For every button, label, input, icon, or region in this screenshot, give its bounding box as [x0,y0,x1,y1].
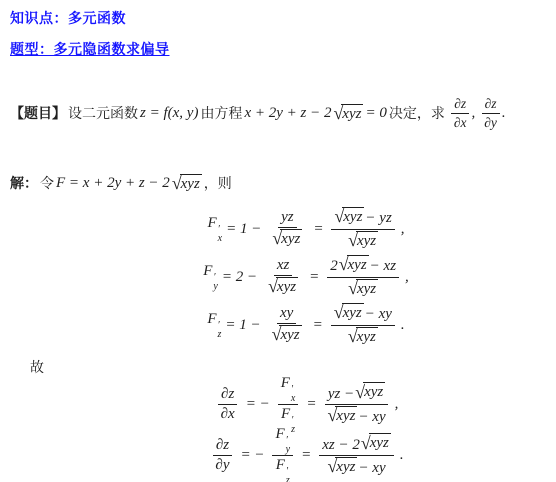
equals-two-minus: = 2 − [222,269,257,286]
fraction-Fy-over-Fz: F′y F′z [272,426,293,482]
equals-sign: = [309,269,319,286]
subscript-x: x [218,235,222,244]
equals-one-minus: = 1 − [226,221,261,238]
punctuation: . [400,447,404,464]
solution-then: ，则 [204,173,232,193]
equals-minus: = − [240,447,264,464]
numerator: √xyz− yz [331,207,394,230]
partial-z: ∂z [213,437,232,456]
sqrt-xyz: √xyz [339,255,369,274]
subscript-y: y [213,283,217,292]
F-base: F [203,263,212,279]
equals-zero: = 0 [365,105,386,122]
numerator: xz [274,257,293,276]
subscript-z: z [217,331,221,340]
Fx-prime-symbol: F′x [207,215,222,243]
fraction-xz-minus-2sqrt-over-sqrt-minus-xy: xz − 2√xyz √xyz− xy [319,433,394,477]
F-definition: F = x + 2y + z − 2 [56,175,170,192]
period: . [502,105,506,122]
partial-z: ∂z [451,96,469,114]
denominator: √xyz [345,326,381,348]
sqrt-xyz: √xyz [348,231,378,250]
denominator: √xyz [345,230,381,252]
sqrt-xyz: √xyz [333,104,363,123]
subscript-y: y [286,446,290,455]
equation-Fx-prime: F′x = 1 − yz √xyz = √xyz− yz √xyz , [10,205,550,253]
question-type-value: 多元隐函数求偏导 [54,41,170,57]
fraction-yz-minus-sqrt-over-sqrt-minus-xy: yz −√xyz √xyz− xy [324,382,388,426]
prime-subscript: ′z [217,322,221,339]
sqrt-xyz: √xyz [334,303,364,322]
equation-dz-dy: ∂z ∂y = − F′y F′z = xz − 2√xyz √xyz− xy … [10,430,550,481]
final-answers-block: ∂z ∂x = − F′x F′z = yz −√xyz √xyz− xy , … [10,379,550,481]
sqrt-xyz: √xyz [268,277,298,296]
sqrt-xyz: √xyz [348,279,378,298]
partial-y: ∂y [481,114,500,131]
equals-minus: = − [246,396,270,413]
therefore-label: 故 [30,357,550,377]
prime-subscript: ′x [291,386,295,403]
Fz-prime-symbol: F′z [207,311,221,339]
partial-x: ∂x [218,405,238,423]
F-base: F [207,215,216,231]
solution-line: 解： 令 F = x + 2y + z − 2 √xyz ，则 [10,169,550,197]
dz-dy-fraction: ∂z ∂y [481,96,500,130]
denominator: √xyz [269,228,305,250]
knowledge-point-value: 多元函数 [68,10,126,26]
fraction-sqrt-xyz-minus-xy: √xyz− xy √xyz [331,303,395,347]
punctuation: . [401,317,405,334]
punctuation: , [405,269,409,286]
sqrt-xyz: √xyz [172,174,202,193]
equation-Fz-prime: F′z = 1 − xy √xyz = √xyz− xy √xyz . [10,301,550,349]
sqrt-xyz: √xyz [334,207,364,226]
prime-subscript: ′z [286,468,290,482]
denominator: √xyz− xy [324,405,388,427]
subscript-z: z [286,477,290,482]
equation-Fy-prime: F′y = 2 − xz √xyz = 2√xyz− xz √xyz , [10,253,550,301]
comma: , [472,105,476,122]
F-base: F [207,311,216,327]
punctuation: , [395,396,399,413]
sqrt-xyz: √xyz [327,457,357,476]
math-solution-document: 知识点：多元函数 题型：多元隐函数求偏导 【题目】 设二元函数 z = f(x,… [0,0,556,482]
fraction-xz-over-sqrt-xyz: xz √xyz [265,257,301,298]
problem-decide-find: 决定，求 [389,103,445,123]
problem-by-equation: 由方程 [200,103,242,123]
equation-polynomial: x + 2y + z − 2 [244,105,331,122]
fraction-xy-over-sqrt-xyz: xy √xyz [269,305,305,346]
knowledge-point-line: 知识点：多元函数 [10,8,550,28]
numerator: 2√xyz− xz [327,255,399,278]
numerator: xz − 2√xyz [319,433,394,456]
question-type-label: 题型： [10,41,54,57]
dz-dx-fraction: ∂z ∂x [451,96,470,130]
punctuation: , [401,221,405,238]
problem-statement: 【题目】 设二元函数 z = f(x, y) 由方程 x + 2y + z − … [10,92,550,134]
denominator: √xyz [269,324,305,346]
partial-derivatives-block: F′x = 1 − yz √xyz = √xyz− yz √xyz , F′y … [10,205,550,349]
prime-subscript: ′y [286,437,290,454]
numerator-Fy: F′y [272,426,293,456]
solution-label: 解： [10,173,38,193]
Fy-prime-symbol: F′y [203,263,218,291]
numerator: xy [277,305,296,324]
numerator: √xyz− xy [331,303,395,326]
solution-let: 令 [40,173,54,193]
prime-subscript: ′y [213,274,217,291]
equals-sign: = [301,447,311,464]
sqrt-xyz: √xyz [348,327,378,346]
sqrt-xyz: √xyz [272,325,302,344]
fraction-sqrt-xyz-minus-yz: √xyz− yz √xyz [331,207,394,251]
denominator: √xyz [265,276,301,298]
z-function-equation: z = f(x, y) [140,105,198,122]
equals-sign: = [313,221,323,238]
partial-z: ∂z [218,386,237,405]
knowledge-point-label: 知识点： [10,10,68,26]
equals-one-minus: = 1 − [225,317,260,334]
partial-z: ∂z [482,96,500,114]
denominator: √xyz [345,278,381,300]
partial-x: ∂x [451,114,470,131]
sqrt-xyz: √xyz [355,382,385,401]
partial-y: ∂y [212,456,232,474]
sqrt-argument: xyz [180,174,202,193]
numerator: yz −√xyz [325,382,388,405]
denominator-Fz: F′z [273,456,293,482]
sqrt-xyz: √xyz [327,406,357,425]
equation-dz-dx: ∂z ∂x = − F′x F′z = yz −√xyz √xyz− xy , [10,379,550,430]
dz-dx-fraction: ∂z ∂x [218,386,238,424]
numerator: yz [278,209,297,228]
equals-sign: = [306,396,316,413]
subscript-x: x [291,395,295,404]
sqrt-xyz: √xyz [361,433,391,452]
question-type-line: 题型：多元隐函数求偏导 [10,39,550,59]
fraction-2sqrt-xyz-minus-xz: 2√xyz− xz √xyz [327,255,399,299]
problem-intro: 设二元函数 [68,103,138,123]
problem-tag: 【题目】 [10,103,66,123]
denominator: √xyz− xy [324,456,388,478]
sqrt-argument: xyz [341,104,363,123]
dz-dy-fraction: ∂z ∂y [212,437,232,475]
sqrt-xyz: √xyz [272,229,302,248]
equals-sign: = [313,317,323,334]
prime-subscript: ′x [218,226,222,243]
fraction-yz-over-sqrt-xyz: yz √xyz [269,209,305,250]
numerator-Fx: F′x [278,375,299,405]
